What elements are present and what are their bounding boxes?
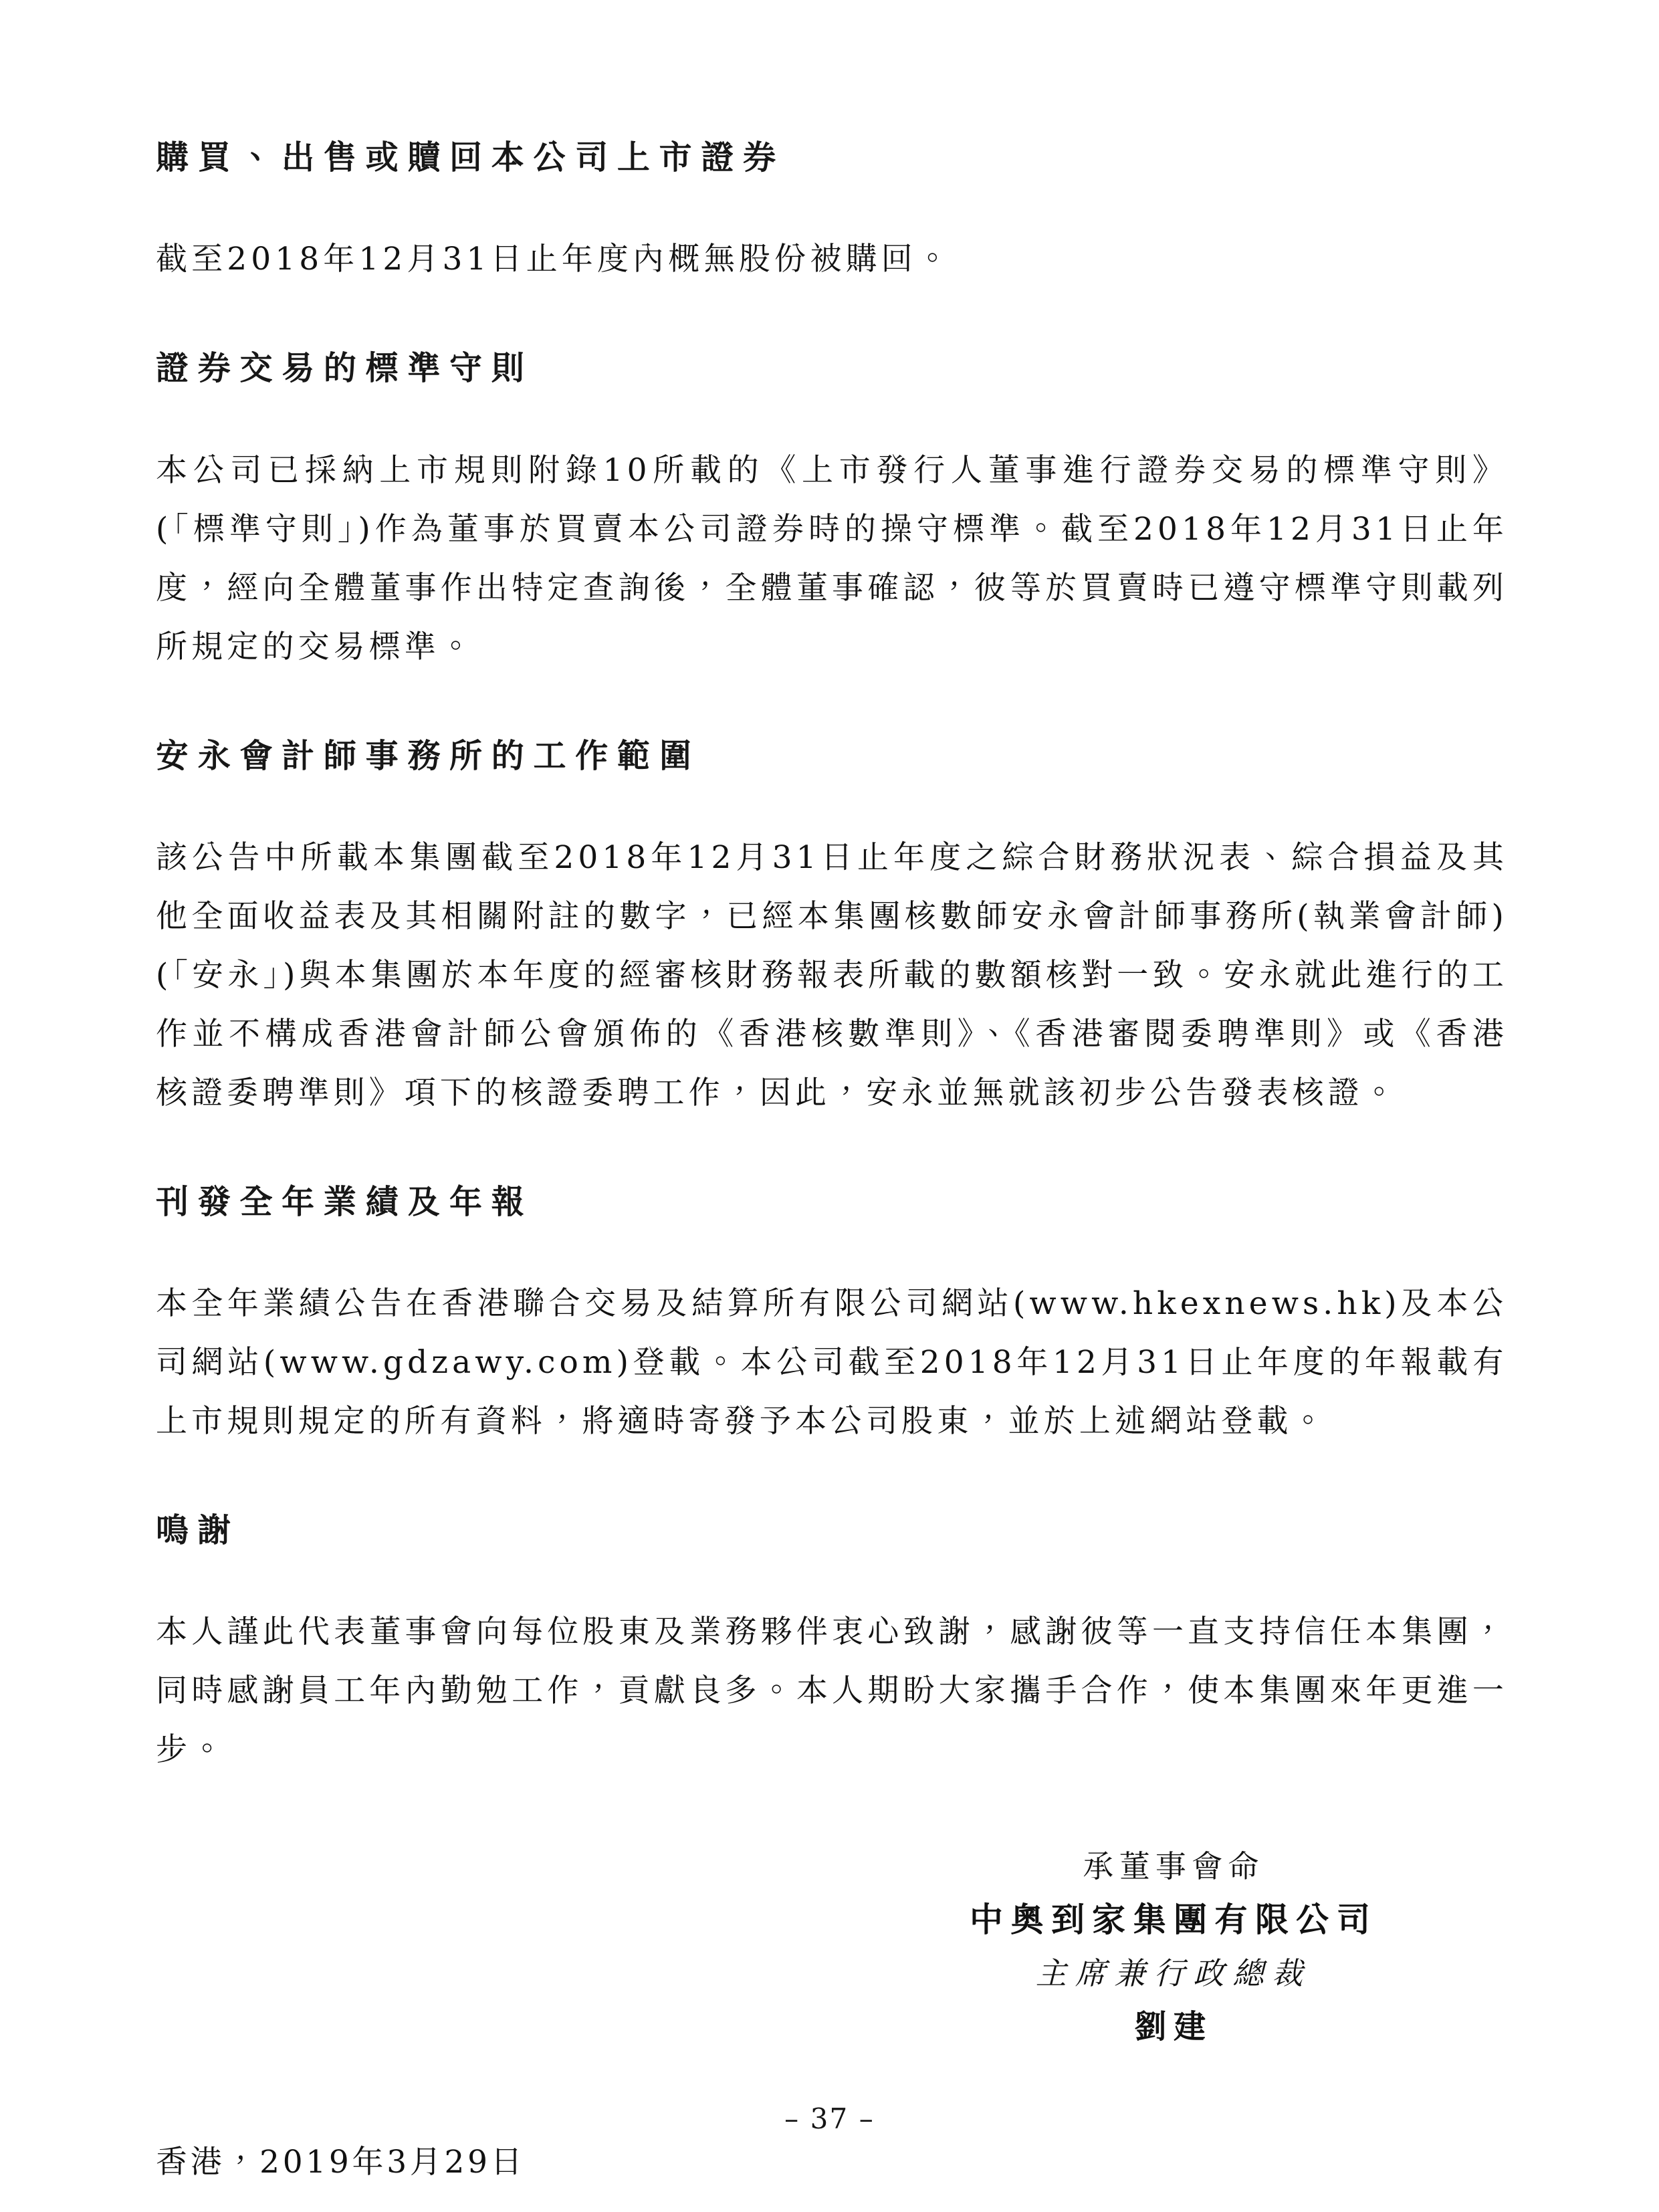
section-paragraph-ey-scope: 該公告中所載本集團截至2018年12月31日止年度之綜合財務狀況表、綜合損益及其… xyxy=(156,828,1508,1123)
place-date-line: 香港，2019年3月29日 xyxy=(156,2137,1508,2182)
signature-role-title: 主席兼行政總裁 xyxy=(839,1947,1508,2000)
document-content: 購買、出售或贖回本公司上市證券 截至2018年12月31日止年度內概無股份被購回… xyxy=(156,0,1508,2182)
document-page: 購買、出售或贖回本公司上市證券 截至2018年12月31日止年度內概無股份被購回… xyxy=(0,0,1659,2212)
signature-by-order-line: 承董事會命 xyxy=(839,1840,1508,1893)
section-heading-ey-scope: 安永會計師事務所的工作範圍 xyxy=(156,736,1508,776)
signature-company-name: 中奧到家集團有限公司 xyxy=(839,1893,1508,1947)
signature-person-name: 劉建 xyxy=(839,2000,1508,2054)
signature-block: 承董事會命 中奧到家集團有限公司 主席兼行政總裁 劉建 xyxy=(839,1840,1508,2054)
section-heading-appreciation: 鳴謝 xyxy=(156,1510,1508,1551)
section-heading-publication: 刊發全年業績及年報 xyxy=(156,1182,1508,1222)
section-heading-repurchase: 購買、出售或贖回本公司上市證券 xyxy=(156,137,1508,178)
section-heading-model-code: 證券交易的標準守則 xyxy=(156,348,1508,389)
page-number: – 37 – xyxy=(0,2102,1659,2135)
section-paragraph-appreciation: 本人謹此代表董事會向每位股東及業務夥伴衷心致謝，感謝彼等一直支持信任本集團，同時… xyxy=(156,1603,1508,1779)
section-paragraph-model-code: 本公司已採納上市規則附錄10所載的《上市發行人董事進行證券交易的標準守則》(「標… xyxy=(156,441,1508,677)
section-paragraph-publication: 本全年業績公告在香港聯合交易及結算所有限公司網站(www.hkexnews.hk… xyxy=(156,1275,1508,1451)
section-paragraph-repurchase: 截至2018年12月31日止年度內概無股份被購回。 xyxy=(156,230,1508,289)
